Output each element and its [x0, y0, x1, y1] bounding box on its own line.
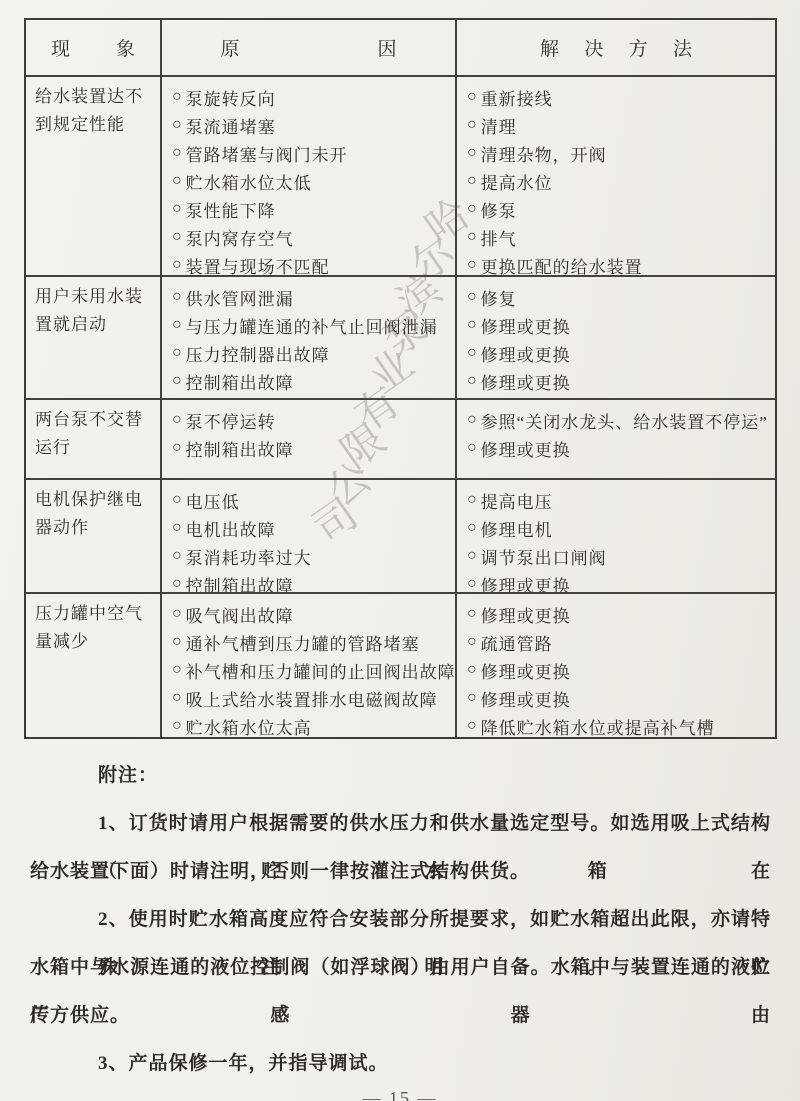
- solution-item: ○修泵: [467, 195, 771, 223]
- circle-bullet-icon: ○: [172, 200, 183, 218]
- solution-text: 修泵: [481, 197, 517, 222]
- circle-bullet-icon: ○: [467, 547, 478, 565]
- circle-bullet-icon: ○: [172, 288, 183, 306]
- document-page: 哈尔滨泵业有限公司 现象 原因 解决方法 给水装置达不到规定性能○泵旋转反向○泵…: [0, 0, 800, 1101]
- circle-bullet-icon: ○: [172, 519, 183, 537]
- circle-bullet-icon: ○: [467, 605, 478, 623]
- solution-text: 更换匹配的给水装置: [481, 253, 643, 278]
- cause-item: ○管路堵塞与阀门未开: [172, 139, 449, 167]
- causes-cell: ○电压低○电机出故障○泵消耗功率过大○控制箱出故障: [162, 480, 457, 592]
- cause-item: ○控制箱出故障: [172, 367, 449, 395]
- circle-bullet-icon: ○: [467, 172, 478, 190]
- cause-item: ○泵性能下降: [172, 195, 449, 223]
- solution-item: ○参照“关闭水龙头、给水装置不停运”: [467, 406, 771, 434]
- cause-text: 泵不停运转: [186, 408, 276, 433]
- phenomenon-cell: 两台泵不交替运行: [26, 400, 162, 478]
- notes-title: 附注：: [30, 752, 771, 800]
- solution-item: ○提高电压: [467, 486, 771, 514]
- cause-text: 控制箱出故障: [186, 369, 294, 394]
- solution-item: ○清理杂物，开阀: [467, 139, 771, 167]
- circle-bullet-icon: ○: [172, 344, 183, 362]
- solution-item: ○调节泵出口闸阀: [467, 542, 771, 570]
- cause-text: 压力控制器出故障: [186, 341, 330, 366]
- cause-text: 装置与现场不匹配: [186, 253, 330, 278]
- solution-item: ○修理或更换: [467, 434, 771, 462]
- solution-item: ○提高水位: [467, 167, 771, 195]
- circle-bullet-icon: ○: [172, 491, 183, 509]
- causes-cell: ○泵旋转反向○泵流通堵塞○管路堵塞与阀门未开○贮水箱水位太低○泵性能下降○泵内窝…: [162, 77, 457, 275]
- cause-text: 电机出故障: [186, 516, 276, 541]
- circle-bullet-icon: ○: [172, 439, 183, 457]
- phenomenon-text: 电机保护继电器动作: [35, 486, 154, 542]
- solution-item: ○清理: [467, 111, 771, 139]
- circle-bullet-icon: ○: [172, 689, 183, 707]
- solution-item: ○疏通管路: [467, 628, 771, 656]
- circle-bullet-icon: ○: [467, 439, 478, 457]
- solution-text: 参照“关闭水龙头、给水装置不停运”: [481, 408, 768, 433]
- solutions-cell: ○重新接线○清理○清理杂物，开阀○提高水位○修泵○排气○更换匹配的给水装置: [457, 77, 775, 275]
- circle-bullet-icon: ○: [467, 344, 478, 362]
- circle-bullet-icon: ○: [467, 200, 478, 218]
- solution-item: ○修理或更换: [467, 339, 771, 367]
- circle-bullet-icon: ○: [172, 717, 183, 735]
- solution-text: 修理或更换: [481, 341, 571, 366]
- cause-item: ○泵消耗功率过大: [172, 542, 449, 570]
- cause-text: 控制箱出故障: [186, 436, 294, 461]
- circle-bullet-icon: ○: [467, 256, 478, 274]
- solution-text: 排气: [481, 225, 517, 250]
- circle-bullet-icon: ○: [467, 228, 478, 246]
- solution-text: 提高电压: [481, 488, 553, 513]
- header-label-cause: 原因: [221, 34, 397, 61]
- solution-text: 修理或更换: [481, 369, 571, 394]
- solution-item: ○修理或更换: [467, 367, 771, 395]
- cause-text: 泵消耗功率过大: [186, 544, 312, 569]
- circle-bullet-icon: ○: [467, 372, 478, 390]
- header-cell-cause: 原因: [162, 20, 457, 75]
- circle-bullet-icon: ○: [172, 661, 183, 679]
- header-label-solution: 解决方法: [540, 34, 692, 61]
- circle-bullet-icon: ○: [172, 605, 183, 623]
- table-row: 用户未用水装置就启动○供水管网泄漏○与压力罐连通的补气止回阀泄漏○压力控制器出故…: [26, 275, 775, 398]
- circle-bullet-icon: ○: [467, 491, 478, 509]
- cause-text: 泵流通堵塞: [186, 113, 276, 138]
- cause-text: 通补气槽到压力罐的管路堵塞: [186, 630, 420, 655]
- solution-item: ○修理或更换: [467, 600, 771, 628]
- cause-item: ○贮水箱水位太高: [172, 712, 449, 740]
- cause-item: ○压力控制器出故障: [172, 339, 449, 367]
- solution-item: ○排气: [467, 223, 771, 251]
- cause-text: 吸气阀出故障: [186, 602, 294, 627]
- cause-item: ○泵旋转反向: [172, 83, 449, 111]
- solution-text: 修复: [481, 285, 517, 310]
- cause-item: ○供水管网泄漏: [172, 283, 449, 311]
- solution-text: 清理杂物，开阀: [481, 141, 607, 166]
- solution-text: 修理或更换: [481, 313, 571, 338]
- phenomenon-text: 两台泵不交替运行: [35, 406, 154, 462]
- circle-bullet-icon: ○: [467, 633, 478, 651]
- solutions-cell: ○参照“关闭水龙头、给水装置不停运”○修理或更换: [457, 400, 775, 478]
- solution-text: 修理或更换: [481, 658, 571, 683]
- table-row: 电机保护继电器动作○电压低○电机出故障○泵消耗功率过大○控制箱出故障○提高电压○…: [26, 478, 775, 592]
- cause-text: 泵性能下降: [186, 197, 276, 222]
- causes-cell: ○供水管网泄漏○与压力罐连通的补气止回阀泄漏○压力控制器出故障○控制箱出故障: [162, 277, 457, 398]
- cause-text: 贮水箱水位太高: [186, 714, 312, 739]
- circle-bullet-icon: ○: [172, 228, 183, 246]
- circle-bullet-icon: ○: [172, 316, 183, 334]
- solution-item: ○修理或更换: [467, 311, 771, 339]
- circle-bullet-icon: ○: [172, 411, 183, 429]
- cause-text: 供水管网泄漏: [186, 285, 294, 310]
- circle-bullet-icon: ○: [467, 575, 478, 593]
- circle-bullet-icon: ○: [467, 411, 478, 429]
- table-row: 压力罐中空气量减少○吸气阀出故障○通补气槽到压力罐的管路堵塞○补气槽和压力罐间的…: [26, 592, 775, 737]
- causes-cell: ○泵不停运转○控制箱出故障: [162, 400, 457, 478]
- circle-bullet-icon: ○: [467, 661, 478, 679]
- table-row: 两台泵不交替运行○泵不停运转○控制箱出故障○参照“关闭水龙头、给水装置不停运”○…: [26, 398, 775, 478]
- solutions-cell: ○修复○修理或更换○修理或更换○修理或更换: [457, 277, 775, 398]
- solution-text: 提高水位: [481, 169, 553, 194]
- cause-item: ○电机出故障: [172, 514, 449, 542]
- cause-text: 补气槽和压力罐间的止回阀出故障: [186, 658, 456, 683]
- circle-bullet-icon: ○: [172, 144, 183, 162]
- cause-item: ○控制箱出故障: [172, 434, 449, 462]
- solution-text: 修理或更换: [481, 686, 571, 711]
- notes-section: 附注： 1、订货时请用户根据需要的供水压力和供水量选定型号。如选用吸上式结构（贮…: [30, 752, 771, 1088]
- cause-text: 电压低: [186, 488, 240, 513]
- circle-bullet-icon: ○: [172, 633, 183, 651]
- solution-item: ○修理或更换: [467, 684, 771, 712]
- phenomenon-cell: 电机保护继电器动作: [26, 480, 162, 592]
- circle-bullet-icon: ○: [467, 116, 478, 134]
- solution-text: 重新接线: [481, 85, 553, 110]
- cause-text: 吸上式给水装置排水电磁阀故障: [186, 686, 438, 711]
- page-number: — 15 —: [0, 1088, 800, 1101]
- solutions-cell: ○提高电压○修理电机○调节泵出口闸阀○修理或更换: [457, 480, 775, 592]
- cause-item: ○泵不停运转: [172, 406, 449, 434]
- cause-item: ○泵流通堵塞: [172, 111, 449, 139]
- cause-item: ○吸气阀出故障: [172, 600, 449, 628]
- solution-item: ○降低贮水箱水位或提高补气槽: [467, 712, 771, 740]
- note-line: 3、产品保修一年，并指导调试。: [30, 1040, 771, 1088]
- note-line: 水箱中与水源连通的液位控制阀（如浮球阀）由用户自备。水箱中与装置连通的液位传感器…: [30, 944, 771, 992]
- cause-item: ○贮水箱水位太低: [172, 167, 449, 195]
- header-label-phenomenon: 现象: [51, 34, 135, 61]
- cause-item: ○泵内窝存空气: [172, 223, 449, 251]
- causes-cell: ○吸气阀出故障○通补气槽到压力罐的管路堵塞○补气槽和压力罐间的止回阀出故障○吸上…: [162, 594, 457, 737]
- solution-item: ○修复: [467, 283, 771, 311]
- circle-bullet-icon: ○: [467, 689, 478, 707]
- solution-item: ○重新接线: [467, 83, 771, 111]
- solutions-cell: ○修理或更换○疏通管路○修理或更换○修理或更换○降低贮水箱水位或提高补气槽: [457, 594, 775, 737]
- phenomenon-text: 压力罐中空气量减少: [35, 600, 154, 656]
- cause-item: ○吸上式给水装置排水电磁阀故障: [172, 684, 449, 712]
- circle-bullet-icon: ○: [172, 256, 183, 274]
- solution-text: 修理或更换: [481, 436, 571, 461]
- circle-bullet-icon: ○: [172, 172, 183, 190]
- phenomenon-cell: 压力罐中空气量减少: [26, 594, 162, 737]
- circle-bullet-icon: ○: [467, 88, 478, 106]
- cause-item: ○补气槽和压力罐间的止回阀出故障: [172, 656, 449, 684]
- cause-text: 泵内窝存空气: [186, 225, 294, 250]
- cause-text: 管路堵塞与阀门未开: [186, 141, 348, 166]
- circle-bullet-icon: ○: [467, 519, 478, 537]
- circle-bullet-icon: ○: [172, 88, 183, 106]
- circle-bullet-icon: ○: [467, 144, 478, 162]
- header-cell-phenomenon: 现象: [26, 20, 162, 75]
- solution-text: 修理或更换: [481, 602, 571, 627]
- circle-bullet-icon: ○: [172, 575, 183, 593]
- solution-item: ○修理电机: [467, 514, 771, 542]
- solution-text: 疏通管路: [481, 630, 553, 655]
- solution-text: 修理电机: [481, 516, 553, 541]
- header-cell-solution: 解决方法: [457, 20, 775, 75]
- phenomenon-cell: 用户未用水装置就启动: [26, 277, 162, 398]
- circle-bullet-icon: ○: [172, 547, 183, 565]
- cause-item: ○通补气槽到压力罐的管路堵塞: [172, 628, 449, 656]
- table-row: 给水装置达不到规定性能○泵旋转反向○泵流通堵塞○管路堵塞与阀门未开○贮水箱水位太…: [26, 75, 775, 275]
- circle-bullet-icon: ○: [172, 372, 183, 390]
- circle-bullet-icon: ○: [467, 288, 478, 306]
- phenomenon-cell: 给水装置达不到规定性能: [26, 77, 162, 275]
- note-line: 2、使用时贮水箱高度应符合安装部分所提要求，如贮水箱超出此限，亦请特殊注明。贮: [30, 896, 771, 944]
- cause-item: ○与压力罐连通的补气止回阀泄漏: [172, 311, 449, 339]
- table-header-row: 现象 原因 解决方法: [26, 20, 775, 75]
- cause-text: 贮水箱水位太低: [186, 169, 312, 194]
- troubleshooting-table: 现象 原因 解决方法 给水装置达不到规定性能○泵旋转反向○泵流通堵塞○管路堵塞与…: [24, 18, 777, 739]
- solution-text: 清理: [481, 113, 517, 138]
- cause-text: 泵旋转反向: [186, 85, 276, 110]
- note-line: 1、订货时请用户根据需要的供水压力和供水量选定型号。如选用吸上式结构（贮水箱在: [30, 800, 771, 848]
- cause-text: 与压力罐连通的补气止回阀泄漏: [186, 313, 438, 338]
- solution-text: 降低贮水箱水位或提高补气槽: [481, 714, 715, 739]
- phenomenon-text: 给水装置达不到规定性能: [35, 83, 154, 139]
- phenomenon-text: 用户未用水装置就启动: [35, 283, 154, 339]
- solution-item: ○修理或更换: [467, 656, 771, 684]
- solution-text: 调节泵出口闸阀: [481, 544, 607, 569]
- circle-bullet-icon: ○: [172, 116, 183, 134]
- cause-item: ○电压低: [172, 486, 449, 514]
- circle-bullet-icon: ○: [467, 717, 478, 735]
- circle-bullet-icon: ○: [467, 316, 478, 334]
